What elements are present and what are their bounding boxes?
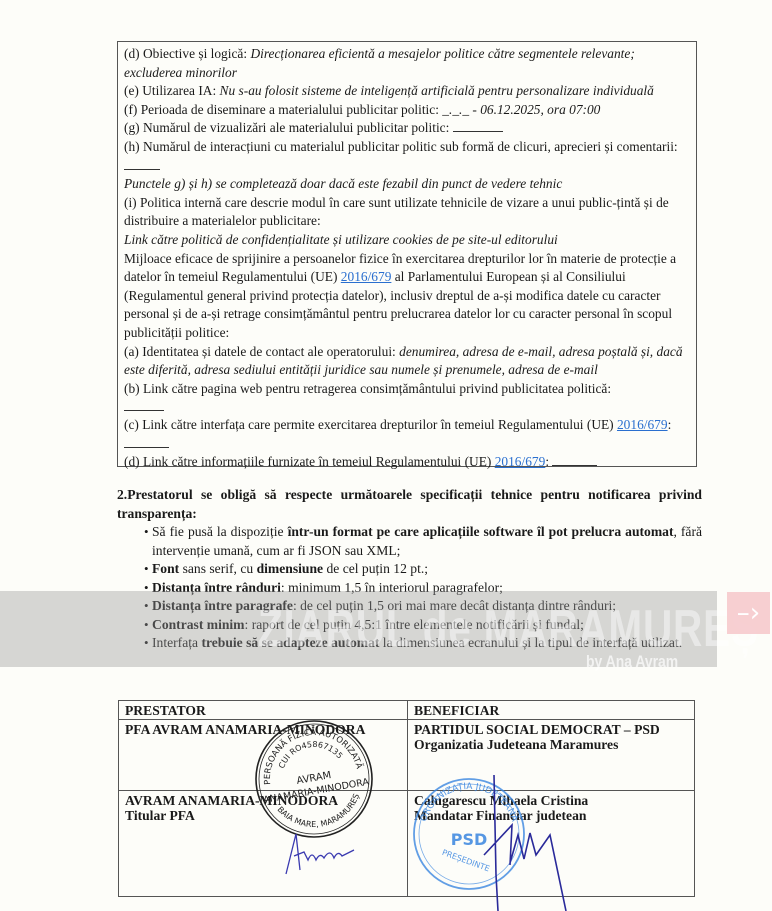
item-b-withdraw-link: (b) Link către pagina web pentru retrage… (124, 380, 690, 399)
data-rights-text: Mijloace eficace de sprijinire a persoan… (124, 250, 690, 343)
regulation-link[interactable]: 2016/679 (617, 417, 668, 432)
header-beneficiar: BENEFICIAR (408, 701, 695, 720)
header-prestator: PRESTATOR (119, 701, 408, 720)
item-d-info-link: (d) Link către informațiile furnizate în… (124, 453, 690, 472)
list-item: Contrast minim: raport de cel puțin 4,5:… (117, 616, 702, 635)
beneficiar-entity: PARTIDUL SOCIAL DEMOCRAT – PSDOrganizati… (408, 719, 695, 790)
specs-list: Să fie pusă la dispoziție într-un format… (117, 523, 702, 653)
item-a-identity: (a) Identitatea și datele de contact ale… (124, 343, 690, 380)
technical-specs-section: 2.Prestatorul se obligă să respecte urmă… (117, 486, 702, 653)
list-item: Distanța între paragrafe: de cel puțin 1… (117, 597, 702, 616)
document-page: (d) Obiective și logică: Direcționarea e… (0, 0, 772, 911)
prestator-entity: PFA AVRAM ANAMARIA-MINODORA (119, 719, 408, 790)
blank-field (552, 453, 597, 466)
item-g-views: (g) Numărul de vizualizări ale materialu… (124, 119, 690, 138)
transparency-info-box: (d) Obiective și logică: Direcționarea e… (117, 41, 697, 467)
regulation-link[interactable]: 2016/679 (341, 269, 392, 284)
item-e-ai-usage: (e) Utilizarea IA: Nu s-au folosit siste… (124, 82, 690, 101)
arrow-right-icon: –› (737, 598, 760, 628)
watermark-subtitle: by Ana Avram (586, 652, 678, 672)
section2-heading: 2.Prestatorul se obligă să respecte urmă… (117, 486, 702, 523)
signature-table: PRESTATOR BENEFICIAR PFA AVRAM ANAMARIA-… (118, 700, 695, 897)
item-b-blank (124, 398, 690, 416)
item-c-rights-interface: (c) Link către interfața care permite ex… (124, 416, 690, 453)
beneficiar-signer: Calugarescu Mihaela CristinaMandatar Fin… (408, 790, 695, 896)
next-page-button[interactable]: –› (727, 592, 770, 634)
blank-field (124, 157, 160, 170)
list-item: Distanța între rânduri: minimum 1,5 în i… (117, 579, 702, 598)
list-item: Font sans serif, cu dimensiune de cel pu… (117, 560, 702, 579)
item-d-objectives: (d) Obiective și logică: Direcționarea e… (124, 45, 690, 82)
regulation-link[interactable]: 2016/679 (495, 454, 546, 469)
list-item: Să fie pusă la dispoziție într-un format… (117, 523, 702, 560)
gh-note: Punctele g) și h) se completează doar da… (124, 175, 690, 194)
item-i-policy: (i) Politica internă care descrie modul … (124, 194, 690, 231)
item-h-interactions: (h) Numărul de interacțiuni cu materialu… (124, 138, 690, 175)
blank-field (124, 398, 164, 411)
prestator-signer: AVRAM ANAMARIA-MINODORATitular PFA (119, 790, 408, 896)
item-i-policy-value: Link către politică de confidențialitate… (124, 231, 690, 250)
item-f-period: (f) Perioada de diseminare a materialulu… (124, 101, 690, 120)
blank-field (453, 119, 503, 132)
blank-field (124, 435, 169, 448)
list-item: Interfața trebuie să se adapteze automat… (117, 634, 702, 653)
